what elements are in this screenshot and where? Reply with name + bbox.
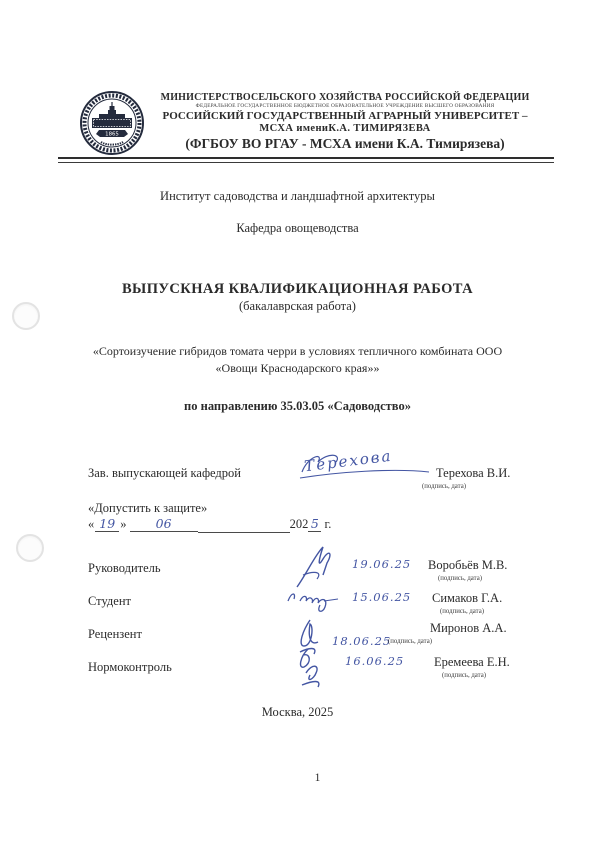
- admit-date-blank-line: [198, 517, 290, 533]
- work-type-heading: ВЫПУСКНАЯ КВАЛИФИКАЦИОННАЯ РАБОТА: [0, 281, 595, 298]
- admit-year-g: г.: [325, 517, 332, 531]
- institute-name: Институт садоводства и ландшафтной архит…: [0, 189, 595, 204]
- caption-mironov: (подпись, дата): [388, 638, 432, 645]
- head-of-department-label: Зав. выпускающей кафедрой: [88, 466, 241, 481]
- work-subtype: (бакалаврская работа): [0, 299, 595, 314]
- signature-simakov-icon: [286, 585, 350, 615]
- header-double-rule: [58, 157, 554, 163]
- quote-open: «: [88, 517, 94, 531]
- work-title-line2: «Овощи Краснодарского края»»: [0, 361, 595, 376]
- university-name-line1: РОССИЙСКИЙ ГОСУДАРСТВЕННЫЙ АГРАРНЫЙ УНИВ…: [140, 110, 550, 122]
- caption-eremeeva: (подпись, дата): [442, 672, 486, 679]
- name-eremeeva: Еремеева Е.Н.: [434, 655, 510, 670]
- work-title-line1: «Сортоизучение гибридов томата черри в у…: [0, 344, 595, 359]
- work-direction: по направлению 35.03.05 «Садоводство»: [0, 399, 595, 414]
- signature-terekhova: Терехова: [298, 448, 433, 482]
- admit-to-defense-label: «Допустить к защите»: [88, 501, 207, 516]
- role-label-normcontrol: Нормоконтроль: [88, 660, 172, 675]
- admit-date-line: «19» 06 2025 г.: [88, 516, 331, 533]
- role-label-reviewer: Рецензент: [88, 627, 142, 642]
- caption-simakov: (подпись, дата): [440, 608, 484, 615]
- emblem-icon: 1865: [79, 90, 145, 156]
- scanned-title-page: 1865 МИНИСТЕРСТВОСЕЛЬСКОГО ХОЗЯЙСТВА РОС…: [0, 0, 595, 841]
- admit-year-suffix-handwritten: 5: [308, 516, 321, 532]
- date-vorobyev-handwritten: 19.06.25: [352, 557, 411, 571]
- signature-eremeeva-icon: [296, 645, 342, 689]
- department-name: Кафедра овощеводства: [0, 221, 595, 236]
- head-signature-caption: (подпись, дата): [422, 483, 466, 490]
- city-year: Москва, 2025: [0, 705, 595, 720]
- name-mironov: Миронов А.А.: [430, 621, 507, 636]
- admit-date-day-handwritten: 19: [95, 516, 119, 532]
- name-simakov: Симаков Г.А.: [432, 591, 502, 606]
- date-eremeeva-handwritten: 16.06.25: [345, 654, 404, 668]
- page-number: 1: [0, 772, 595, 784]
- caption-vorobyev: (подпись, дата): [438, 575, 482, 582]
- fgbou-line: ФЕДЕРАЛЬНОЕ ГОСУДАРСТВЕННОЕ БЮДЖЕТНОЕ ОБ…: [140, 103, 550, 109]
- head-of-department-name: Терехова В.И.: [436, 466, 510, 481]
- date-simakov-handwritten: 15.06.25: [352, 590, 411, 604]
- university-emblem-logo: 1865: [79, 90, 145, 156]
- quote-close: »: [120, 517, 126, 531]
- admit-year-prefix: 202: [290, 517, 309, 531]
- role-label-supervisor: Руководитель: [88, 561, 161, 576]
- ministry-line: МИНИСТЕРСТВОСЕЛЬСКОГО ХОЗЯЙСТВА РОССИЙСК…: [140, 92, 550, 103]
- hole-punch-bottom: [16, 534, 44, 562]
- admit-date-month-handwritten: 06: [130, 516, 198, 532]
- role-label-student: Студент: [88, 594, 131, 609]
- university-short-name: (ФГБОУ ВО РГАУ - МСХА имени К.А. Тимиряз…: [140, 136, 550, 152]
- name-vorobyev: Воробьёв М.В.: [428, 558, 507, 573]
- university-name-line2: МСХА имениК.А. ТИМИРЯЗЕВА: [140, 123, 550, 134]
- emblem-year: 1865: [105, 131, 119, 137]
